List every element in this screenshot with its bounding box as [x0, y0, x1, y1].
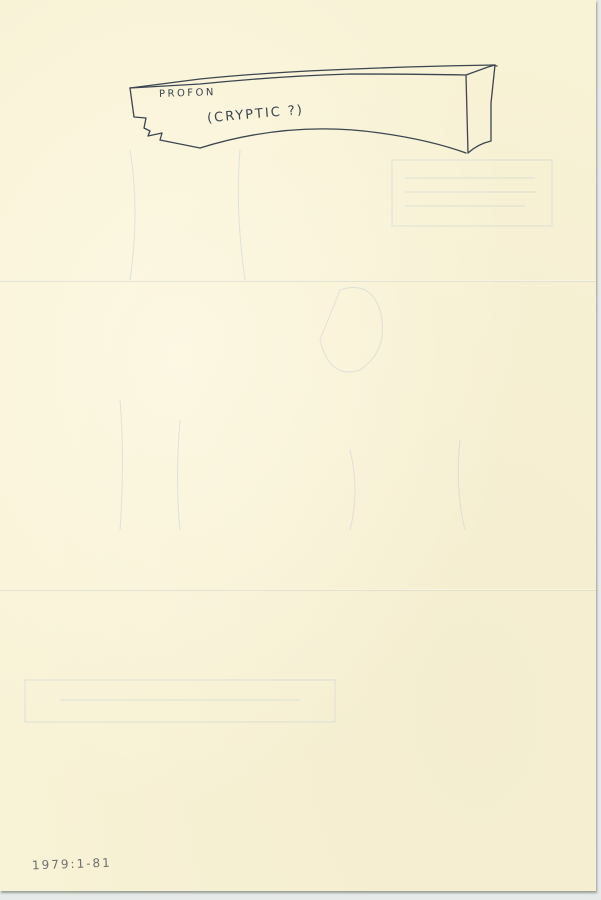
catalog-number: 1979:1-81	[32, 856, 112, 873]
paper-sheet: PROFON (CRYPTIC ?) 1979:1-81	[0, 0, 596, 891]
annotation-line-1: PROFON	[159, 87, 216, 100]
banner-sketch	[0, 0, 596, 891]
